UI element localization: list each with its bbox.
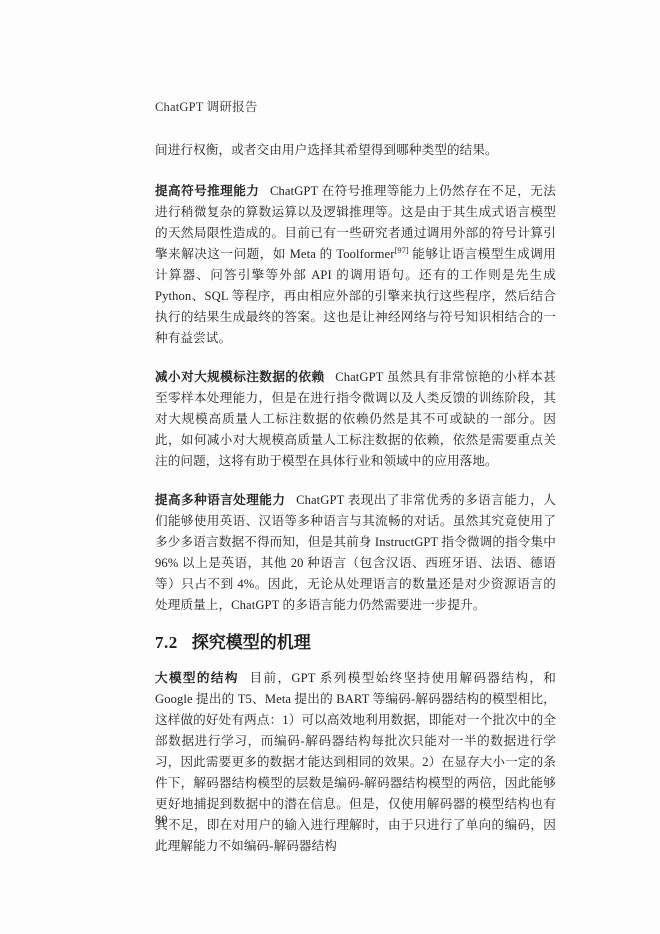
running-head: ChatGPT 调研报告 bbox=[155, 99, 556, 115]
paragraph-multilingual-ability: 提高多种语言处理能力ChatGPT 表现出了非常优秀的多语言能力，人们能够使用英… bbox=[155, 490, 556, 616]
paragraph-model-structure: 大模型的结构目前，GPT 系列模型始终坚持使用解码器结构，和 Google 提出… bbox=[155, 668, 556, 857]
paragraph-lead-multilingual-ability: 提高多种语言处理能力 bbox=[155, 493, 296, 507]
section-title: 探究模型的机理 bbox=[192, 633, 311, 652]
section-heading: 7.2探究模型的机理 bbox=[155, 631, 556, 655]
paragraph-text: ChatGPT 表现出了非常优秀的多语言能力，人们能够使用英语、汉语等多种语言与… bbox=[155, 493, 556, 612]
citation-ref-97: [97] bbox=[394, 245, 408, 255]
text-column: ChatGPT 调研报告 间进行权衡，或者交由用户选择其希望得到哪种类型的结果。… bbox=[155, 99, 556, 857]
paragraph-lead-model-structure: 大模型的结构 bbox=[155, 671, 250, 685]
paragraph-symbolic-reasoning: 提高符号推理能力ChatGPT 在符号推理等能力上仍然存在不足，无法进行稍微复杂… bbox=[155, 181, 556, 349]
paragraph-text: 目前，GPT 系列模型始终坚持使用解码器结构，和 Google 提出的 T5、M… bbox=[155, 671, 556, 853]
paragraph-annotation-data-dependency: 减小对大规模标注数据的依赖ChatGPT 虽然具有非常惊艳的小样本甚至零样本处理… bbox=[155, 367, 556, 472]
page-number: 80 bbox=[155, 812, 168, 828]
document-page: ChatGPT 调研报告 间进行权衡，或者交由用户选择其希望得到哪种类型的结果。… bbox=[0, 0, 660, 934]
paragraph-continuation: 间进行权衡，或者交由用户选择其希望得到哪种类型的结果。 bbox=[155, 140, 556, 161]
paragraph-lead-annotation-data-dependency: 减小对大规模标注数据的依赖 bbox=[155, 370, 335, 384]
paragraph-text: 能够让语言模型生成调用计算器、问答引擎等外部 API 的调用语句。还有的工作则是… bbox=[155, 247, 556, 345]
section-number: 7.2 bbox=[155, 633, 178, 652]
paragraph-text: ChatGPT 虽然具有非常惊艳的小样本甚至零样本处理能力，但是在进行指令微调以… bbox=[155, 370, 556, 468]
paragraph-lead-symbolic-reasoning: 提高符号推理能力 bbox=[155, 184, 270, 198]
